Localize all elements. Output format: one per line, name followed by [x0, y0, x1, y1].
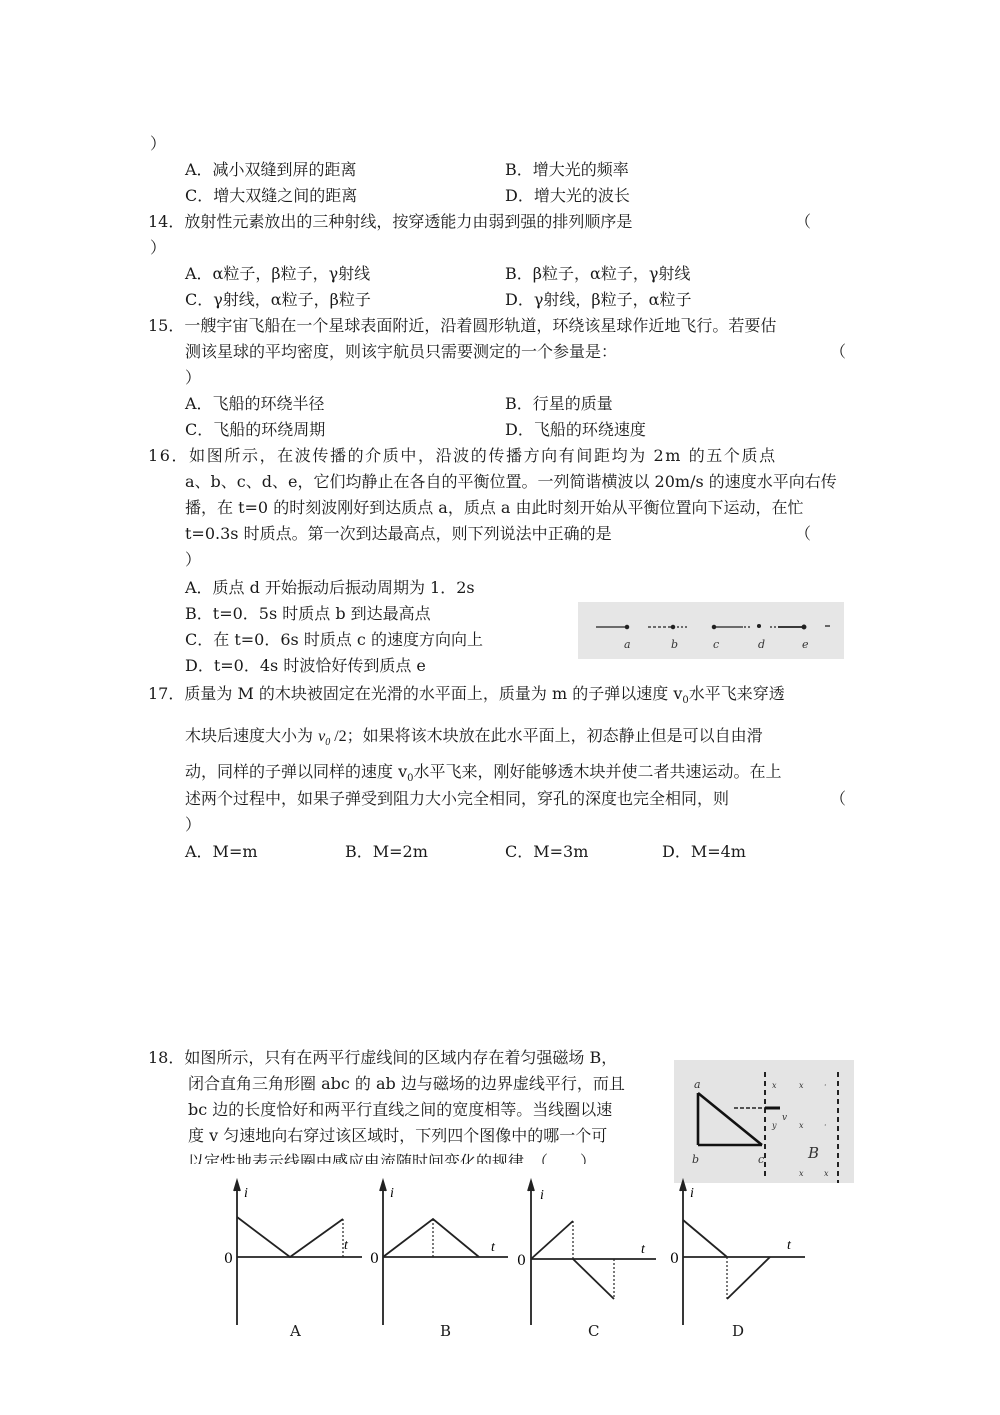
q15-stem-line2: 测该星球的平均密度，则该宇航员只需要测定的一个参量是：: [185, 342, 617, 362]
graph-d-label: D: [732, 1322, 744, 1340]
graph-d: i t 0 D: [670, 1175, 820, 1340]
q13-close-paren: ）: [150, 134, 166, 154]
q14-open-paren: （: [795, 212, 811, 232]
origin-label: 0: [517, 1253, 526, 1269]
vertex-c-label: c: [758, 1153, 764, 1166]
q13-option-b: B．增大光的频率: [505, 160, 629, 180]
point-d-label: d: [758, 638, 765, 651]
v0-over-2-formula: v0 /2: [318, 728, 347, 745]
q16-stem-line3: 播，在 t=0 的时刻波刚好到达质点 a，质点 a 由此时刻开始从平衡位置向下运…: [185, 498, 804, 518]
origin-label: 0: [224, 1251, 233, 1267]
q14-number: 14．: [148, 212, 184, 231]
q15-open-paren: （: [830, 342, 846, 362]
q16-number: 16．: [148, 446, 189, 465]
graph-b-label: B: [440, 1322, 451, 1340]
q17-open-paren: （: [830, 789, 846, 809]
point-e-label: e: [802, 638, 809, 651]
graph-d-plot: i t 0: [670, 1175, 820, 1340]
svg-text:y: y: [771, 1121, 777, 1130]
q13-option-a: A．减小双缝到屏的距离: [185, 160, 357, 180]
point-c-label: c: [713, 638, 719, 651]
graph-b-plot: i t 0: [368, 1175, 518, 1340]
q17-option-b: B．M=2m: [345, 842, 428, 862]
svg-text:x: x: [772, 1081, 777, 1090]
q15-number: 15．: [148, 316, 184, 335]
svg-text:·: ·: [824, 1121, 827, 1130]
q16-open-paren: （: [795, 524, 811, 544]
q17-option-a: A．M=m: [185, 842, 258, 862]
q18-stem-line1: 18．如图所示，只有在两平行虚线间的区域内存在着匀强磁场 B，: [148, 1048, 617, 1068]
wave-points-diagram: a b c d e: [578, 602, 844, 659]
q17-number: 17．: [148, 684, 184, 703]
q18-number: 18．: [148, 1048, 184, 1067]
q18-stem-line2: 闭合直角三角形圈 abc 的 ab 边与磁场的边界虚线平行，而且: [188, 1074, 625, 1094]
x-axis-label: t: [491, 1240, 496, 1255]
origin-label: 0: [670, 1251, 679, 1267]
q14-option-c: C．γ射线，α粒子，β粒子: [185, 290, 371, 310]
q16-wave-figure: a b c d e: [578, 602, 844, 659]
q17-close-paren: ）: [185, 815, 201, 835]
q15-option-a: A．飞船的环绕半径: [185, 394, 325, 414]
graph-c-plot: i t 0: [516, 1175, 666, 1340]
graph-a: i t 0 A: [222, 1175, 372, 1340]
svg-text:x: x: [799, 1081, 804, 1090]
graph-b: i t 0 B: [368, 1175, 518, 1340]
q17-stem-line4: 述两个过程中，如果子弹受到阻力大小完全相同，穿孔的深度也完全相同，则: [185, 789, 729, 809]
q16-close-paren: ）: [185, 550, 201, 570]
y-axis-label: i: [244, 1186, 248, 1201]
point-b-label: b: [671, 638, 678, 651]
q18-coil-figure: a b c v B xx· yx· xx: [674, 1060, 854, 1183]
q16-option-d: D．t=0．4s 时波恰好传到质点 e: [185, 656, 426, 676]
vertex-a-label: a: [694, 1078, 701, 1091]
y-axis-label: i: [390, 1186, 394, 1201]
q18-stem-line5-clipped: 以定性地表示线圈中感应电流随时间变化的规律 （ ）: [188, 1152, 596, 1164]
q15-close-paren: ）: [185, 368, 201, 388]
q14-option-a: A．α粒子，β粒子，γ射线: [185, 264, 370, 284]
q16-stem-line1: 16．如图所示，在波传播的介质中，沿波的传播方向有间距均为 2m 的五个质点: [148, 446, 777, 466]
x-axis-label: t: [641, 1242, 646, 1257]
q15-option-b: B．行星的质量: [505, 394, 613, 414]
vertex-b-label: b: [692, 1153, 699, 1166]
triangle-coil-diagram: a b c v B xx· yx· xx: [674, 1060, 854, 1183]
q14-option-b: B．β粒子，α粒子，γ射线: [505, 264, 690, 284]
y-axis-label: i: [690, 1186, 694, 1201]
q14-text: 放射性元素放出的三种射线，按穿透能力由弱到强的排列顺序是: [184, 212, 632, 231]
x-axis-label: t: [787, 1238, 792, 1253]
q17-stem-line1: 17．质量为 M 的木块被固定在光滑的水平面上，质量为 m 的子弹以速度 v0水…: [148, 684, 785, 711]
q17-option-c: C．M=3m: [505, 842, 588, 862]
q17-stem-line2: 木块后速度大小为 v0 /2；如果将该木块放在此水平面上，初态静止但是可以自由滑: [185, 726, 763, 753]
q16-stem-line4: t=0.3s 时质点。第一次到达最高点，则下列说法中正确的是: [185, 524, 612, 544]
q14-close-paren: ）: [150, 238, 166, 258]
q16-option-b: B．t=0．5s 时质点 b 到达最高点: [185, 604, 431, 624]
q17-stem-line3: 动，同样的子弹以同样的速度 v0水平飞来，刚好能够透木块并使二者共速运动。在上: [185, 762, 782, 789]
q16-option-a: A．质点 d 开始振动后振动周期为 1．2s: [185, 578, 475, 598]
origin-label: 0: [370, 1251, 379, 1267]
graph-c-label: C: [588, 1322, 599, 1340]
q17-option-d: D．M=4m: [662, 842, 746, 862]
svg-text:·: ·: [824, 1081, 827, 1090]
svg-text:x: x: [799, 1121, 804, 1130]
x-axis-label: t: [344, 1238, 349, 1253]
point-a-label: a: [624, 638, 631, 651]
graph-a-label: A: [290, 1322, 301, 1340]
graph-a-plot: i t 0: [222, 1175, 372, 1340]
q18-stem-line3: bc 边的长度恰好和两平行直线之间的宽度相等。当线圈以速: [188, 1100, 612, 1120]
q14-option-d: D．γ射线，β粒子，α粒子: [505, 290, 691, 310]
q18-stem-line4: 度 v 匀速地向右穿过该区域时，下列四个图像中的哪一个可: [188, 1126, 607, 1146]
q13-option-c: C．增大双缝之间的距离: [185, 186, 357, 206]
q15-stem-line1: 15．一艘宇宙飞船在一个星球表面附近，沿着圆形轨道，环绕该星球作近地飞行。若要估: [148, 316, 776, 336]
q15-option-c: C．飞船的环绕周期: [185, 420, 325, 440]
y-axis-label: i: [540, 1188, 544, 1203]
field-b-label: B: [807, 1144, 819, 1162]
svg-text:x: x: [824, 1169, 829, 1178]
velocity-label: v: [782, 1113, 787, 1123]
q15-option-d: D．飞船的环绕速度: [505, 420, 646, 440]
graph-c: i t 0 C: [516, 1175, 666, 1340]
q16-option-c: C．在 t=0．6s 时质点 c 的速度方向向上: [185, 630, 483, 650]
q16-stem-line2: a、b、c、d、e，它们均静止在各自的平衡位置。一列简谐横波以 20m/s 的速…: [185, 472, 837, 492]
q13-option-d: D．增大光的波长: [505, 186, 630, 206]
q14-stem: 14．放射性元素放出的三种射线，按穿透能力由弱到强的排列顺序是: [148, 212, 632, 232]
